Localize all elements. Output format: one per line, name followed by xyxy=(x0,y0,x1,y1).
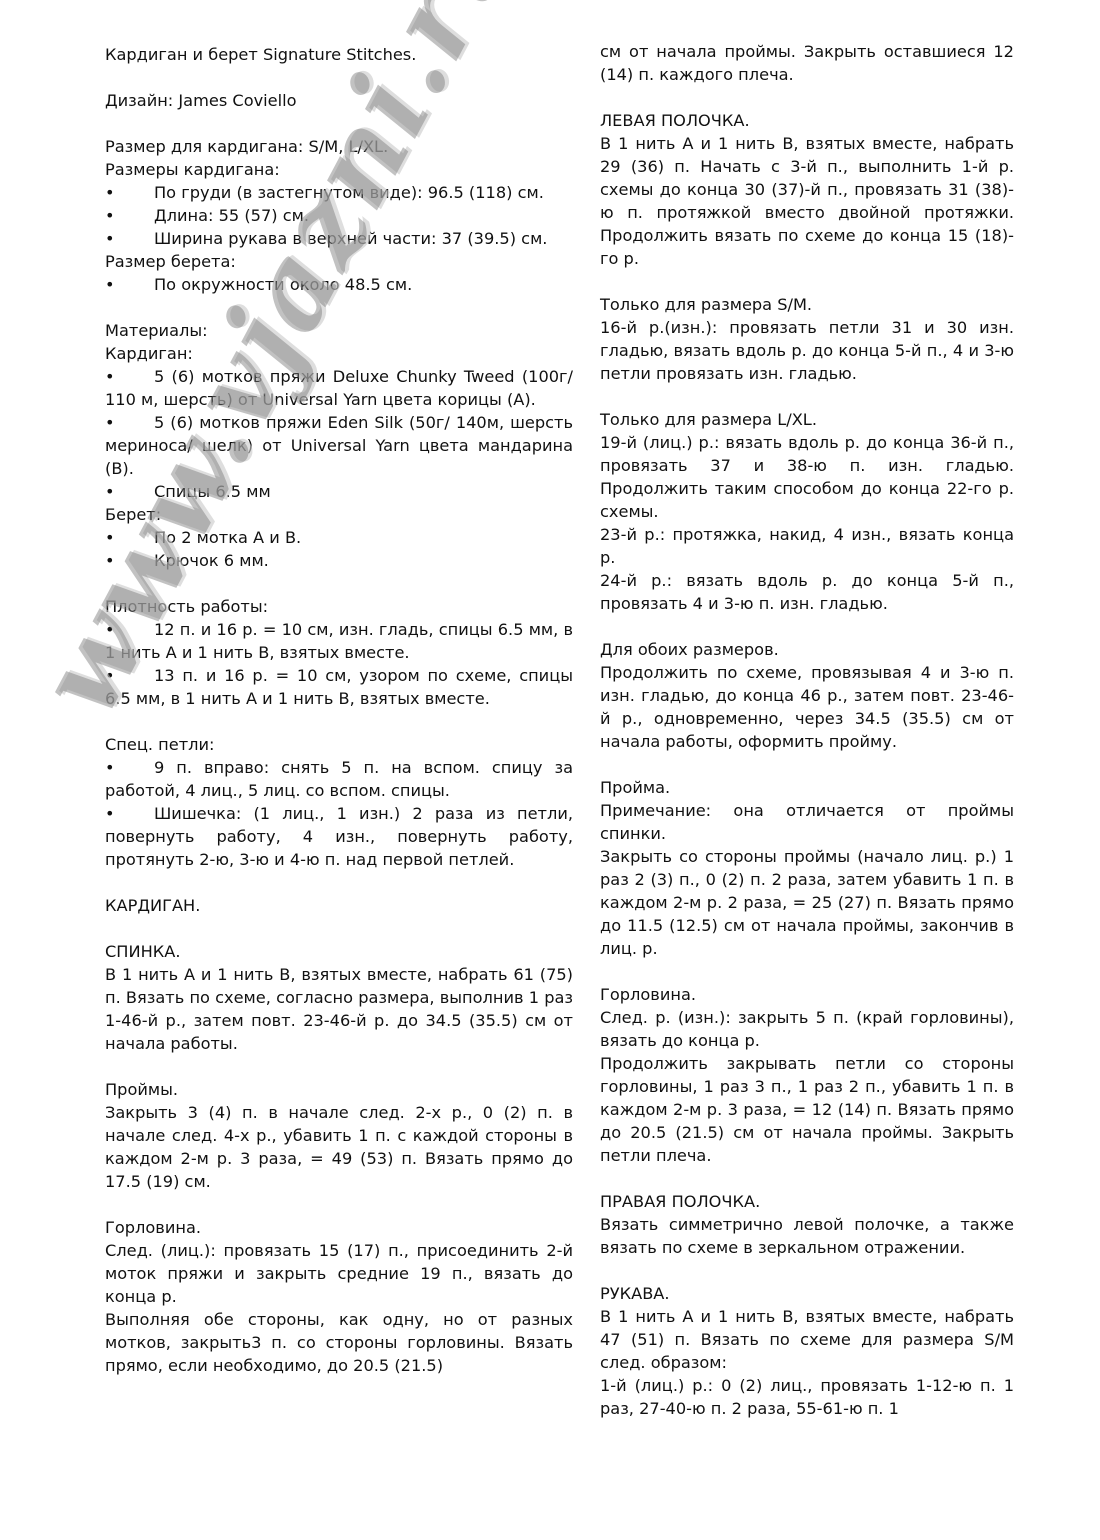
paragraph: Материалы: xyxy=(105,319,573,342)
paragraph-gap xyxy=(105,917,573,940)
bullet-item: •Спицы 6.5 мм xyxy=(105,480,573,503)
paragraph: см от начала проймы. Закрыть оставшиеся … xyxy=(600,40,1014,86)
paragraph-gap xyxy=(600,960,1014,983)
bullet-item: •Шишечка: (1 лиц., 1 изн.) 2 раза из пет… xyxy=(105,802,573,871)
paragraph-gap xyxy=(600,615,1014,638)
bullet-text: По 2 мотка A и B. xyxy=(154,528,301,547)
paragraph: Кардиган: xyxy=(105,342,573,365)
bullet-item: •9 п. вправо: снять 5 п. на вспом. спицу… xyxy=(105,756,573,802)
paragraph: Кардиган и берет Signature Stitches. xyxy=(105,43,573,66)
paragraph: Размер для кардигана: S/M, L/XL. xyxy=(105,135,573,158)
bullet-item: •5 (6) мотков пряжи Eden Silk (50г/ 140м… xyxy=(105,411,573,480)
paragraph: Продолжить закрывать петли со стороны го… xyxy=(600,1052,1014,1167)
left-column: Кардиган и берет Signature Stitches.Диза… xyxy=(105,43,573,1377)
paragraph: 1-й (лиц.) р.: 0 (2) лиц., провязать 1-1… xyxy=(600,1374,1014,1420)
document-page: Кардиган и берет Signature Stitches.Диза… xyxy=(0,0,1100,1540)
paragraph: Вязать симметрично левой полочке, а такж… xyxy=(600,1213,1014,1259)
bullet-icon: • xyxy=(105,756,154,779)
paragraph: Для обоих размеров. xyxy=(600,638,1014,661)
bullet-item: •5 (6) мотков пряжи Deluxe Chunky Tweed … xyxy=(105,365,573,411)
paragraph-gap xyxy=(600,1259,1014,1282)
paragraph: Размер берета: xyxy=(105,250,573,273)
paragraph: Берет: xyxy=(105,503,573,526)
paragraph: Продолжить по схеме, провязывая 4 и 3-ю … xyxy=(600,661,1014,753)
paragraph: 19-й (лиц.) р.: вязать вдоль р. до конца… xyxy=(600,431,1014,523)
paragraph-gap xyxy=(105,112,573,135)
bullet-icon: • xyxy=(105,204,154,227)
bullet-item: •По 2 мотка A и B. xyxy=(105,526,573,549)
paragraph: В 1 нить А и 1 нить В, взятых вместе, на… xyxy=(600,1305,1014,1374)
paragraph: Пройма. xyxy=(600,776,1014,799)
bullet-icon: • xyxy=(105,526,154,549)
paragraph-gap xyxy=(105,1055,573,1078)
paragraph: Спец. петли: xyxy=(105,733,573,756)
paragraph: Примечание: она отличается от проймы спи… xyxy=(600,799,1014,845)
bullet-text: Крючок 6 мм. xyxy=(154,551,269,570)
bullet-icon: • xyxy=(105,480,154,503)
paragraph-gap xyxy=(600,86,1014,109)
paragraph: Закрыть 3 (4) п. в начале след. 2-х р., … xyxy=(105,1101,573,1193)
paragraph-gap xyxy=(600,270,1014,293)
paragraph: В 1 нить А и 1 нить В, взятых вместе, на… xyxy=(600,132,1014,270)
right-column: см от начала проймы. Закрыть оставшиеся … xyxy=(600,40,1014,1420)
paragraph-gap xyxy=(105,296,573,319)
bullet-item: •По окружности около 48.5 см. xyxy=(105,273,573,296)
paragraph-gap xyxy=(105,66,573,89)
bullet-text: 5 (6) мотков пряжи Eden Silk (50г/ 140м,… xyxy=(105,413,573,478)
bullet-text: 9 п. вправо: снять 5 п. на вспом. спицу … xyxy=(105,758,573,800)
bullet-icon: • xyxy=(105,802,154,825)
paragraph: Проймы. xyxy=(105,1078,573,1101)
paragraph: 16-й р.(изн.): провязать петли 31 и 30 и… xyxy=(600,316,1014,385)
bullet-item: •13 п. и 16 р. = 10 см, узором по схеме,… xyxy=(105,664,573,710)
bullet-item: •Ширина рукава в верхней части: 37 (39.5… xyxy=(105,227,573,250)
paragraph: Выполняя обе стороны, как одну, но от ра… xyxy=(105,1308,573,1377)
bullet-icon: • xyxy=(105,273,154,296)
bullet-text: Ширина рукава в верхней части: 37 (39.5)… xyxy=(154,229,547,248)
bullet-icon: • xyxy=(105,411,154,434)
paragraph: Размеры кардигана: xyxy=(105,158,573,181)
paragraph-gap xyxy=(105,710,573,733)
paragraph: Только для размера S/M. xyxy=(600,293,1014,316)
paragraph: КАРДИГАН. xyxy=(105,894,573,917)
bullet-text: По окружности около 48.5 см. xyxy=(154,275,412,294)
paragraph: След. (лиц.): провязать 15 (17) п., прис… xyxy=(105,1239,573,1308)
paragraph: Горловина. xyxy=(105,1216,573,1239)
bullet-icon: • xyxy=(105,618,154,641)
paragraph: След. р. (изн.): закрыть 5 п. (край горл… xyxy=(600,1006,1014,1052)
paragraph: В 1 нить А и 1 нить В, взятых вместе, на… xyxy=(105,963,573,1055)
paragraph-gap xyxy=(105,572,573,595)
bullet-item: •12 п. и 16 р. = 10 см, изн. гладь, спиц… xyxy=(105,618,573,664)
paragraph: ЛЕВАЯ ПОЛОЧКА. xyxy=(600,109,1014,132)
paragraph-gap xyxy=(600,753,1014,776)
bullet-text: 5 (6) мотков пряжи Deluxe Chunky Tweed (… xyxy=(105,367,573,409)
paragraph: Плотность работы: xyxy=(105,595,573,618)
bullet-text: Спицы 6.5 мм xyxy=(154,482,271,501)
bullet-icon: • xyxy=(105,664,154,687)
paragraph: ПРАВАЯ ПОЛОЧКА. xyxy=(600,1190,1014,1213)
bullet-icon: • xyxy=(105,181,154,204)
bullet-item: •По груди (в застегнутом виде): 96.5 (11… xyxy=(105,181,573,204)
paragraph-gap xyxy=(600,385,1014,408)
bullet-text: 13 п. и 16 р. = 10 см, узором по схеме, … xyxy=(105,666,573,708)
paragraph: СПИНКА. xyxy=(105,940,573,963)
paragraph: 23-й р.: протяжка, накид, 4 изн., вязать… xyxy=(600,523,1014,569)
bullet-item: •Крючок 6 мм. xyxy=(105,549,573,572)
paragraph-gap xyxy=(105,871,573,894)
bullet-item: •Длина: 55 (57) см. xyxy=(105,204,573,227)
paragraph-gap xyxy=(105,1193,573,1216)
paragraph: Закрыть со стороны проймы (начало лиц. р… xyxy=(600,845,1014,960)
paragraph: Только для размера L/XL. xyxy=(600,408,1014,431)
bullet-text: 12 п. и 16 р. = 10 см, изн. гладь, спицы… xyxy=(105,620,573,662)
paragraph: Горловина. xyxy=(600,983,1014,1006)
paragraph: 24-й р.: вязать вдоль р. до конца 5-й п.… xyxy=(600,569,1014,615)
bullet-text: Длина: 55 (57) см. xyxy=(154,206,309,225)
paragraph-gap xyxy=(600,1167,1014,1190)
bullet-icon: • xyxy=(105,365,154,388)
bullet-text: По груди (в застегнутом виде): 96.5 (118… xyxy=(154,183,544,202)
bullet-icon: • xyxy=(105,227,154,250)
bullet-icon: • xyxy=(105,549,154,572)
bullet-text: Шишечка: (1 лиц., 1 изн.) 2 раза из петл… xyxy=(105,804,573,869)
paragraph: Дизайн: James Coviello xyxy=(105,89,573,112)
paragraph: РУКАВА. xyxy=(600,1282,1014,1305)
